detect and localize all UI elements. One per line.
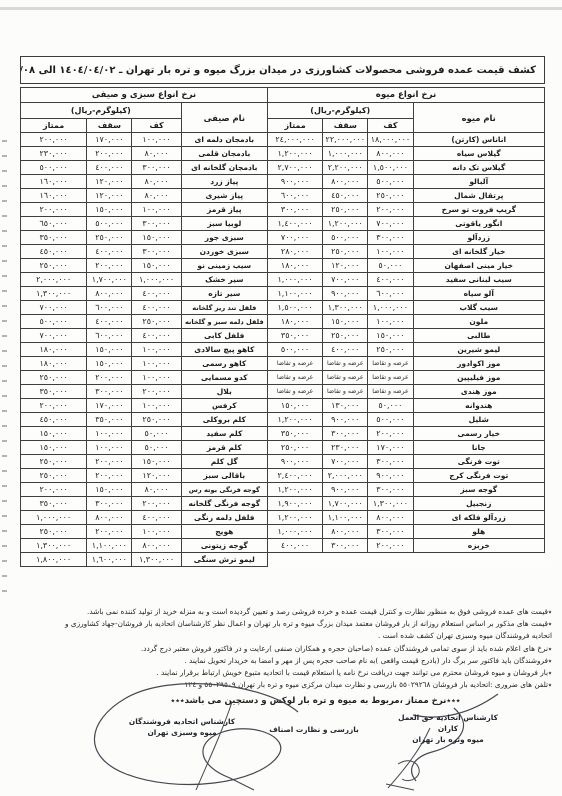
fruit-ceiling-cell: ٨٠٠,٠٠٠ bbox=[323, 525, 368, 539]
fruit-ceiling-cell: ٥٠٠,٠٠٠ bbox=[323, 231, 368, 245]
fruit-premium-cell bbox=[267, 553, 322, 567]
fruit-premium-cell: ١,٢٠٠,٠٠٠ bbox=[267, 483, 322, 497]
table-row: خربزه٢٠٠,٠٠٠٣٠٠,٠٠٠٤٠٠,٠٠٠گوجه زیتونی٨٠٠… bbox=[21, 539, 545, 553]
fruit-name-cell bbox=[413, 553, 544, 567]
fruit-section-header: نرخ انواع میوه bbox=[267, 88, 544, 103]
veg-floor-cell: ١٥٠,٠٠٠ bbox=[132, 259, 181, 273]
veg-premium-cell: ١٥٠,٠٠٠ bbox=[21, 441, 87, 455]
fruit-premium-cell: ٩٠٠,٠٠٠ bbox=[267, 455, 322, 469]
veg-floor-cell: ١,٣٠٠,٠٠٠ bbox=[132, 553, 181, 567]
veg-name-cell: بادمجان قلمی bbox=[181, 147, 267, 161]
veg-premium-cell: ١,٣٠٠,٠٠٠ bbox=[21, 287, 87, 301]
fruit-floor-cell: عرضه و تقاضا bbox=[368, 371, 413, 385]
fruit-name-cell: خیار رسمی bbox=[413, 427, 544, 441]
fruit-ceiling-cell bbox=[323, 553, 368, 567]
veg-ceiling-cell: ٤٠٠,٠٠٠ bbox=[87, 245, 132, 259]
table-row: آلبالو٥٠٠,٠٠٠٨٠٠,٠٠٠٩٠٠,٠٠٠پیاز زرد٨٠,٠٠… bbox=[21, 175, 545, 189]
fruit-premium-cell: ١٨٠,٠٠٠ bbox=[267, 259, 322, 273]
fruit-ceiling-header: سقف bbox=[323, 119, 368, 133]
table-row: انگور یاقوتی٧٠٠,٠٠٠١,٢٠٠,٠٠٠١,٤٠٠,٠٠٠لوب… bbox=[21, 217, 545, 231]
fruit-premium-cell: عرضه و تقاضا bbox=[267, 371, 322, 385]
fruit-premium-cell: ٩٠٠,٠٠٠ bbox=[267, 175, 322, 189]
fruit-premium-cell: ٣٥٠,٠٠٠ bbox=[267, 329, 322, 343]
fruit-premium-cell: ١,٢٠٠,٠٠٠ bbox=[267, 511, 322, 525]
table-row: زنجبیل١,٣٠٠,٠٠٠١,٧٠٠,٠٠٠١,٩٠٠,٠٠٠گوجه فر… bbox=[21, 497, 545, 511]
veg-floor-cell: ٨٠,٠٠٠ bbox=[132, 483, 181, 497]
veg-floor-cell: ٥٠,٠٠٠ bbox=[132, 427, 181, 441]
fruit-name-cell: انگور یاقوتی bbox=[413, 217, 544, 231]
fruit-ceiling-cell: ٩٠٠,٠٠٠ bbox=[323, 483, 368, 497]
fruit-ceiling-cell: ٤٥٠,٠٠٠ bbox=[323, 189, 368, 203]
veg-name-column-header: نام صیفی bbox=[181, 103, 267, 133]
fruit-name-cell: توت فرنگی کرج bbox=[413, 469, 544, 483]
veg-floor-cell: ٤٠٠,٠٠٠ bbox=[132, 511, 181, 525]
veg-ceiling-cell: ٢٠٠,٠٠٠ bbox=[87, 525, 132, 539]
fruit-name-cell: گوجه سبز bbox=[413, 483, 544, 497]
veg-ceiling-cell: ١,٧٠٠,٠٠٠ bbox=[87, 273, 132, 287]
veg-premium-cell: ١٥٠,٠٠٠ bbox=[21, 427, 87, 441]
fruit-name-cell: سیب لبنانی سفید bbox=[413, 273, 544, 287]
fruit-ceiling-cell: ١,٢٠٠,٠٠٠ bbox=[323, 217, 368, 231]
fruit-premium-cell: ٤٠٠,٠٠٠ bbox=[267, 539, 322, 553]
veg-premium-cell: ٢٠٠,٠٠٠ bbox=[21, 399, 87, 413]
veg-premium-cell: ١٨٠,٠٠٠ bbox=[21, 343, 87, 357]
fruit-floor-cell: ١,٣٠٠,٠٠٠ bbox=[368, 497, 413, 511]
fruit-ceiling-cell: ١٢٠,٠٠٠ bbox=[323, 259, 368, 273]
fruit-ceiling-cell: عرضه و تقاضا bbox=[323, 371, 368, 385]
veg-ceiling-cell: ٣٠٠,٠٠٠ bbox=[87, 385, 132, 399]
veg-ceiling-cell: ١٥٠,٠٠٠ bbox=[87, 343, 132, 357]
veg-name-cell: کرفس bbox=[181, 399, 267, 413]
fruit-premium-cell: ٢,٧٠٠,٠٠٠ bbox=[267, 161, 322, 175]
veg-ceiling-header: سقف bbox=[87, 119, 132, 133]
fruit-name-cell: ملون bbox=[413, 315, 544, 329]
fruit-floor-cell: ٥٠٠,٠٠٠ bbox=[368, 175, 413, 189]
veg-floor-cell: ٣٠٠,٠٠٠ bbox=[132, 245, 181, 259]
veg-premium-cell: ١٦٠,٠٠٠ bbox=[21, 189, 87, 203]
fruit-ceiling-cell: ٨٠٠,٠٠٠ bbox=[323, 175, 368, 189]
veg-premium-cell: ٤٥٠,٠٠٠ bbox=[21, 413, 87, 427]
veg-ceiling-cell: ١٥٠,٠٠٠ bbox=[87, 483, 132, 497]
veg-floor-cell: ٣٠٠,٠٠٠ bbox=[132, 217, 181, 231]
veg-name-cell: فلفل دلمه رنگی bbox=[181, 511, 267, 525]
veg-name-cell: پیاز شیری bbox=[181, 189, 267, 203]
fruit-ceiling-cell: ١,١٠٠,٠٠٠ bbox=[323, 511, 368, 525]
fruit-name-cell: موز فیلیپین bbox=[413, 371, 544, 385]
veg-name-cell: کاهو رسمی bbox=[181, 357, 267, 371]
price-table-header: نرخ انواع میوه نرخ انواع سبزی و صیفی نام… bbox=[21, 88, 545, 133]
veg-name-cell: گوجه فرنگی گلخانه bbox=[181, 497, 267, 511]
fruit-name-cell: پرتقال شمال bbox=[413, 189, 544, 203]
fruit-premium-cell: ٦٠٠,٠٠٠ bbox=[267, 189, 322, 203]
table-row: ملون١٠٠,٠٠٠١٥٠,٠٠٠١٨٠,٠٠٠فلفل دلمه سبز و… bbox=[21, 315, 545, 329]
veg-name-cell: کلم سفید bbox=[181, 427, 267, 441]
veg-name-cell: هویج bbox=[181, 525, 267, 539]
veg-ceiling-cell: ١٠٠,٠٠٠ bbox=[87, 441, 132, 455]
fruit-ceiling-cell: ٤٠٠,٠٠٠ bbox=[323, 343, 368, 357]
fruit-floor-cell: عرضه و تقاضا bbox=[368, 385, 413, 399]
table-row: گیلاس تک دانه١,٥٠٠,٠٠٠٢,٢٠٠,٠٠٠٢,٧٠٠,٠٠٠… bbox=[21, 161, 545, 175]
table-row: موز هندیعرضه و تقاضاعرضه و تقاضاعرضه و ت… bbox=[21, 385, 545, 399]
fruit-premium-cell: ٣٠٠,٠٠٠ bbox=[267, 203, 322, 217]
fruit-floor-cell: ١٨,٠٠٠,٠٠٠ bbox=[368, 133, 413, 147]
fruit-name-cell: طالبی bbox=[413, 329, 544, 343]
fruit-floor-cell: ١٠٠,٠٠٠ bbox=[368, 315, 413, 329]
fruit-name-cell: زردآلو فلکه ای bbox=[413, 511, 544, 525]
fruit-premium-header: ممتاز bbox=[267, 119, 322, 133]
veg-name-cell: فلفل تند ریز گلخانه bbox=[181, 301, 267, 315]
fruit-floor-cell: ٤٠٠,٠٠٠ bbox=[368, 273, 413, 287]
veg-name-cell: سیر تازه bbox=[181, 287, 267, 301]
price-table-body: اناناس (کارتن)١٨,٠٠٠,٠٠٠٢٢,٠٠٠,٠٠٠٢٤,٠٠٠… bbox=[21, 133, 545, 567]
footnote-line: ٭بار فروشان و میوه فروشان محترم می توانن… bbox=[9, 667, 552, 679]
veg-floor-header: کف bbox=[132, 119, 181, 133]
table-row: گیلاس سیاه٨٠٠,٠٠٠١,٠٠٠,٠٠٠١,٢٠٠,٠٠٠بادمج… bbox=[21, 147, 545, 161]
fruit-name-cell: زردآلو bbox=[413, 231, 544, 245]
veg-ceiling-cell: ٢٠٠,٠٠٠ bbox=[87, 371, 132, 385]
table-row: طالبی١٥٠,٠٠٠٢٥٠,٠٠٠٣٥٠,٠٠٠فلفل کابی٤٠٠,٠… bbox=[21, 329, 545, 343]
fruit-premium-cell: عرضه و تقاضا bbox=[267, 385, 322, 399]
fruit-name-cell: هلو bbox=[413, 525, 544, 539]
veg-name-cell: باقالی سبز bbox=[181, 469, 267, 483]
fruit-name-cell: شلیل bbox=[413, 413, 544, 427]
fruit-name-cell: سیب گلاب bbox=[413, 301, 544, 315]
veg-ceiling-cell: ٨٠٠,٠٠٠ bbox=[87, 287, 132, 301]
veg-floor-cell: ١٠٠,٠٠٠ bbox=[132, 357, 181, 371]
document-title: کشف قیمت عمده فروشی محصولات کشاورزی در م… bbox=[20, 56, 545, 84]
fruit-name-cell: اناناس (کارتن) bbox=[413, 133, 544, 147]
veg-premium-cell: ١٨٠,٠٠٠ bbox=[21, 357, 87, 371]
fruit-ceiling-cell: ٢٥٠,٠٠٠ bbox=[323, 245, 368, 259]
fruit-premium-cell: ٢,٤٠٠,٠٠٠ bbox=[267, 469, 322, 483]
veg-floor-cell: ١٥٠,٠٠٠ bbox=[132, 231, 181, 245]
signature-right-line2: میوه وتره بار تهران bbox=[388, 734, 508, 745]
fruit-ceiling-cell: ٣٠٠,٠٠٠ bbox=[323, 427, 368, 441]
veg-floor-cell: ٤٠٠,٠٠٠ bbox=[132, 329, 181, 343]
table-row: خیار گلخانه ای١٠٠,٠٠٠٢٥٠,٠٠٠٢٨٠,٠٠٠سبزی … bbox=[21, 245, 545, 259]
fruit-premium-cell: ٥٠٠,٠٠٠ bbox=[267, 343, 322, 357]
fruit-floor-cell: ٥٠,٠٠٠ bbox=[368, 399, 413, 413]
table-row: گریپ فروت تو سرخ٢٠٠,٠٠٠٢٥٠,٠٠٠٣٠٠,٠٠٠پیا… bbox=[21, 203, 545, 217]
fruit-name-cell: لیمو شیرین bbox=[413, 343, 544, 357]
table-row: خیار مینی اصفهان٥٠,٠٠٠١٢٠,٠٠٠١٨٠,٠٠٠سیب … bbox=[21, 259, 545, 273]
veg-premium-cell: ٢٥٠,٠٠٠ bbox=[21, 259, 87, 273]
fruit-ceiling-cell: ٢٣٠,٠٠٠ bbox=[323, 441, 368, 455]
veg-name-cell: سبزی خوردن bbox=[181, 245, 267, 259]
veg-premium-cell: ١٦٠,٠٠٠ bbox=[21, 175, 87, 189]
veg-name-cell: لوبیا سبز bbox=[181, 217, 267, 231]
veg-premium-cell: ٢٥٠,٠٠٠ bbox=[21, 469, 87, 483]
veg-floor-cell: ٤٠٠,٠٠٠ bbox=[132, 287, 181, 301]
veg-floor-cell: ١٢٠,٠٠٠ bbox=[132, 469, 181, 483]
veg-premium-cell: ٤٥٠,٠٠٠ bbox=[21, 245, 87, 259]
veg-ceiling-cell: ١٥٠,٠٠٠ bbox=[87, 203, 132, 217]
fruit-floor-cell: عرضه و تقاضا bbox=[368, 357, 413, 371]
veg-premium-cell: ٧٠٠,٠٠٠ bbox=[21, 301, 87, 315]
veg-floor-cell: ٨٠,٠٠٠ bbox=[132, 147, 181, 161]
veg-ceiling-cell: ١,٦٠٠,٠٠٠ bbox=[87, 553, 132, 567]
fruit-floor-cell: ٨٠٠,٠٠٠ bbox=[368, 511, 413, 525]
veg-premium-cell: ٢٠٠,٠٠٠ bbox=[21, 483, 87, 497]
fruit-premium-cell: ١,٠٠٠,٠٠٠ bbox=[267, 525, 322, 539]
fruit-ceiling-cell: عرضه و تقاضا bbox=[323, 385, 368, 399]
table-row: زردآلو٣٠٠,٠٠٠٥٠٠,٠٠٠٧٠٠,٠٠٠سبزی جور١٥٠,٠… bbox=[21, 231, 545, 245]
fruit-floor-cell: ٣٠٠,٠٠٠ bbox=[368, 525, 413, 539]
fruit-floor-cell: ١٧٠,٠٠٠ bbox=[368, 441, 413, 455]
veg-ceiling-cell: ١٧٠,٠٠٠ bbox=[87, 399, 132, 413]
fruit-name-cell: گریپ فروت تو سرخ bbox=[413, 203, 544, 217]
veg-floor-cell: ١٠٠,٠٠٠ bbox=[132, 525, 181, 539]
veg-name-cell: کدو مسمایی bbox=[181, 371, 267, 385]
fruit-floor-cell: ١,٠٠٠,٠٠٠ bbox=[368, 301, 413, 315]
fruit-premium-cell: ٢٨٠,٠٠٠ bbox=[267, 245, 322, 259]
veg-premium-cell: ٣٥٠,٠٠٠ bbox=[21, 385, 87, 399]
veg-floor-cell: ٣٠٠,٠٠٠ bbox=[132, 161, 181, 175]
veg-floor-cell: ١٠٠,٠٠٠ bbox=[132, 399, 181, 413]
fruit-ceiling-cell: ٣٠٠,٠٠٠ bbox=[323, 539, 368, 553]
veg-name-cell: کلم بروکلی bbox=[181, 413, 267, 427]
veg-premium-cell: ٢٥٠,٠٠٠ bbox=[21, 371, 87, 385]
veg-floor-cell: ٨٠,٠٠٠ bbox=[132, 175, 181, 189]
veg-premium-cell: ١,٣٠٠,٠٠٠ bbox=[21, 539, 87, 553]
table-row: سیب لبنانی سفید٤٠٠,٠٠٠٧٠٠,٠٠٠١,٠٠٠,٠٠٠سی… bbox=[21, 273, 545, 287]
veg-floor-cell: ٨٠,٠٠٠ bbox=[132, 189, 181, 203]
signature-right-label: کارشناس اتحادیه حق العمل کاران میوه وتره… bbox=[388, 712, 508, 745]
veg-name-cell: فلفل دلمه سبز و گلخانه bbox=[181, 315, 267, 329]
fruit-name-cell: موز اکوادور bbox=[413, 357, 544, 371]
veg-premium-cell: ٢,٠٠٠,٠٠٠ bbox=[21, 273, 87, 287]
veg-ceiling-cell: ٤٠٠,٠٠٠ bbox=[87, 315, 132, 329]
veg-name-cell: فلفل کابی bbox=[181, 329, 267, 343]
fruit-premium-cell: ١,٢٠٠,٠٠٠ bbox=[267, 413, 322, 427]
signature-right-line1: کارشناس اتحادیه حق العمل کاران bbox=[388, 712, 508, 734]
veg-name-cell: گوجه زیتونی bbox=[181, 539, 267, 553]
fruit-floor-cell: ٣٠٠,٠٠٠ bbox=[368, 231, 413, 245]
veg-ceiling-cell: ٢٠٠,٠٠٠ bbox=[87, 259, 132, 273]
veg-name-cell: گل کلم bbox=[181, 455, 267, 469]
fruit-floor-cell: ١,٥٠٠,٠٠٠ bbox=[368, 161, 413, 175]
fruit-name-cell: خربزه bbox=[413, 539, 544, 553]
table-row: جانا١٧٠,٠٠٠٢٣٠,٠٠٠٢٥٠,٠٠٠کلم قرمز٥٠,٠٠٠١… bbox=[21, 441, 545, 455]
fruit-name-cell: آلو سیاه bbox=[413, 287, 544, 301]
fruit-floor-cell: ٢٠٠,٠٠٠ bbox=[368, 427, 413, 441]
fruit-premium-cell: ٢٤,٠٠٠,٠٠٠ bbox=[267, 133, 322, 147]
table-row: موز اکوادورعرضه و تقاضاعرضه و تقاضاعرضه … bbox=[21, 357, 545, 371]
signature-area: کارشناس اتحادیه حق العمل کاران میوه وتره… bbox=[0, 690, 562, 796]
veg-floor-cell: ٢٥٠,٠٠٠ bbox=[132, 413, 181, 427]
veg-name-cell: کاهو پیچ سالادی bbox=[181, 343, 267, 357]
veg-floor-cell: ٥٠,٠٠٠ bbox=[132, 441, 181, 455]
fruit-ceiling-cell: ١٥٠,٠٠٠ bbox=[323, 315, 368, 329]
table-row: زردآلو فلکه ای٨٠٠,٠٠٠١,١٠٠,٠٠٠١,٢٠٠,٠٠٠ف… bbox=[21, 511, 545, 525]
veg-unit-header: (کیلوگرم-ریال) bbox=[21, 103, 182, 119]
fruit-name-cell: خیار گلخانه ای bbox=[413, 245, 544, 259]
veg-name-cell: پیاز قرمز bbox=[181, 203, 267, 217]
veg-ceiling-cell: ٦٠٠,٠٠٠ bbox=[87, 329, 132, 343]
fruit-floor-cell: ٢٠٠,٠٠٠ bbox=[368, 203, 413, 217]
veg-ceiling-cell: ٣٥٠,٠٠٠ bbox=[87, 413, 132, 427]
fruit-floor-cell: ٩٠٠,٠٠٠ bbox=[368, 469, 413, 483]
fruit-name-cell: خیار مینی اصفهان bbox=[413, 259, 544, 273]
fruit-floor-cell: ٢٥٠,٠٠٠ bbox=[368, 343, 413, 357]
table-row: موز فیلیپینعرضه و تقاضاعرضه و تقاضاعرضه … bbox=[21, 371, 545, 385]
veg-name-cell: بلال bbox=[181, 385, 267, 399]
fruit-premium-cell: ٧٠٠,٠٠٠ bbox=[267, 231, 322, 245]
veg-floor-cell: ١,٠٠٠,٠٠٠ bbox=[132, 273, 181, 287]
veg-premium-cell: ٣٥٠,٠٠٠ bbox=[21, 231, 87, 245]
fruit-premium-cell: ٣٥٠,٠٠٠ bbox=[267, 427, 322, 441]
veg-premium-cell: ٢٠٠,٠٠٠ bbox=[21, 203, 87, 217]
veg-ceiling-cell: ١٠٠,٠٠٠ bbox=[87, 427, 132, 441]
fruit-premium-cell: ١,٩٠٠,٠٠٠ bbox=[267, 497, 322, 511]
fruit-name-cell: گیلاس سیاه bbox=[413, 147, 544, 161]
veg-ceiling-cell: ٢٠٠,٠٠٠ bbox=[87, 469, 132, 483]
table-row: خیار رسمی٢٠٠,٠٠٠٣٠٠,٠٠٠٣٥٠,٠٠٠کلم سفید٥٠… bbox=[21, 427, 545, 441]
fruit-premium-cell: ١,٤٠٠,٠٠٠ bbox=[267, 217, 322, 231]
fruit-ceiling-cell: ٢,٠٠٠,٠٠٠ bbox=[323, 469, 368, 483]
fruit-premium-cell: ١,٢٠٠,٠٠٠ bbox=[267, 147, 322, 161]
fruit-floor-cell: ١٠٠,٠٠٠ bbox=[368, 245, 413, 259]
scan-artifact-top-strip bbox=[0, 7, 562, 10]
fruit-ceiling-cell: ٢٢,٠٠٠,٠٠٠ bbox=[323, 133, 368, 147]
fruit-name-cell: توت فرنگی bbox=[413, 455, 544, 469]
table-row: هلو٣٠٠,٠٠٠٨٠٠,٠٠٠١,٠٠٠,٠٠٠هویج١٠٠,٠٠٠٢٠٠… bbox=[21, 525, 545, 539]
fruit-ceiling-cell: ١,٣٠٠,٠٠٠ bbox=[323, 301, 368, 315]
fruit-ceiling-cell: ٧٠٠,٠٠٠ bbox=[323, 273, 368, 287]
scanned-price-bulletin: کشف قیمت عمده فروشی محصولات کشاورزی در م… bbox=[0, 0, 562, 796]
table-row: توت فرنگی٣٠٠,٠٠٠٧٠٠,٠٠٠٩٠٠,٠٠٠گل کلم١٥٠,… bbox=[21, 455, 545, 469]
fruit-ceiling-cell: عرضه و تقاضا bbox=[323, 357, 368, 371]
fruit-floor-cell: ٣٠٠,٠٠٠ bbox=[368, 455, 413, 469]
fruit-floor-cell: ١٥٠,٠٠٠ bbox=[368, 329, 413, 343]
fruit-name-cell: موز هندی bbox=[413, 385, 544, 399]
veg-ceiling-cell: ١٢٠,٠٠٠ bbox=[87, 189, 132, 203]
veg-name-cell: سیب زمینی نو bbox=[181, 259, 267, 273]
fruit-ceiling-cell: ٩٠٠,٠٠٠ bbox=[323, 287, 368, 301]
fruit-ceiling-cell: ٩٠٠,٠٠٠ bbox=[323, 413, 368, 427]
table-row: شلیل٥٠٠,٠٠٠٩٠٠,٠٠٠١,٢٠٠,٠٠٠کلم بروکلی٢٥٠… bbox=[21, 413, 545, 427]
veg-premium-cell: ١,٨٠٠,٠٠٠ bbox=[21, 553, 87, 567]
fruit-floor-cell: ٥٠٠,٠٠٠ bbox=[368, 413, 413, 427]
veg-ceiling-cell: ٣٠٠,٠٠٠ bbox=[87, 497, 132, 511]
veg-name-cell: سبزی جور bbox=[181, 231, 267, 245]
veg-floor-cell: ١٠٠,٠٠٠ bbox=[132, 343, 181, 357]
table-row: اناناس (کارتن)١٨,٠٠٠,٠٠٠٢٢,٠٠٠,٠٠٠٢٤,٠٠٠… bbox=[21, 133, 545, 147]
fruit-ceiling-cell: ١,٠٠٠,٠٠٠ bbox=[323, 147, 368, 161]
footnote-line: ٭نرخ های اعلام شده باید از سوی تمامی فرو… bbox=[9, 643, 552, 655]
fruit-ceiling-cell: ٧٠٠,٠٠٠ bbox=[323, 455, 368, 469]
veg-ceiling-cell: ٥٠٠,٠٠٠ bbox=[87, 217, 132, 231]
fruit-premium-cell: ١٨٠,٠٠٠ bbox=[267, 315, 322, 329]
fruit-floor-cell: ٢٠٠,٠٠٠ bbox=[368, 539, 413, 553]
table-row: سیب گلاب١,٠٠٠,٠٠٠١,٣٠٠,٠٠٠١,٥٠٠,٠٠٠فلفل … bbox=[21, 301, 545, 315]
fruit-floor-header: کف bbox=[368, 119, 413, 133]
veg-ceiling-cell: ٦٠٠,٠٠٠ bbox=[87, 301, 132, 315]
veg-floor-cell: ١٥٠,٠٠٠ bbox=[132, 455, 181, 469]
veg-floor-cell: ١٠٠,٠٠٠ bbox=[132, 133, 181, 147]
fruit-ceiling-cell: ١,٧٠٠,٠٠٠ bbox=[323, 497, 368, 511]
veg-ceiling-cell: ٢٠٠,٠٠٠ bbox=[87, 455, 132, 469]
footnote-line: اتحادیه فروشندگان میوه وسبزی تهران کشف ش… bbox=[9, 630, 552, 642]
fruit-name-cell: زنجبیل bbox=[413, 497, 544, 511]
price-table: نرخ انواع میوه نرخ انواع سبزی و صیفی نام… bbox=[20, 87, 545, 567]
veg-ceiling-cell: ٤٠٠,٠٠٠ bbox=[87, 161, 132, 175]
veg-name-cell: سیر خشک bbox=[181, 273, 267, 287]
veg-name-cell: کلم قرمز bbox=[181, 441, 267, 455]
table-row: لیمو شیرین٢٥٠,٠٠٠٤٠٠,٠٠٠٥٠٠,٠٠٠کاهو پیچ … bbox=[21, 343, 545, 357]
fruit-ceiling-cell: ١٣٠,٠٠٠ bbox=[323, 399, 368, 413]
fruit-name-column-header: نام میوه bbox=[413, 103, 544, 133]
veg-floor-cell: ٢٠٠,٠٠٠ bbox=[132, 497, 181, 511]
signature-left-label: کارشناس اتحادیه فروشندگان میوه وسبزی تهر… bbox=[112, 716, 252, 738]
footnote-line: ٭قیمت های مذکور بر اساس استعلام روزانه ا… bbox=[9, 618, 552, 630]
veg-floor-cell: ٤٠٠,٠٠٠ bbox=[132, 301, 181, 315]
veg-ceiling-cell: ٢٥٠,٠٠٠ bbox=[87, 231, 132, 245]
veg-name-cell: بادمجان دلمه ای bbox=[181, 133, 267, 147]
fruit-ceiling-cell: ٢,٢٠٠,٠٠٠ bbox=[323, 161, 368, 175]
signature-center-line1: بازرسی و نظارت اصناف bbox=[268, 724, 360, 735]
fruit-premium-cell: عرضه و تقاضا bbox=[267, 357, 322, 371]
fruit-premium-cell: ١,٥٠٠,٠٠٠ bbox=[267, 301, 322, 315]
fruit-floor-cell: ٨٠٠,٠٠٠ bbox=[368, 147, 413, 161]
veg-ceiling-cell: ١,١٠٠,٠٠٠ bbox=[87, 539, 132, 553]
table-row: توت فرنگی کرج٩٠٠,٠٠٠٢,٠٠٠,٠٠٠٢,٤٠٠,٠٠٠با… bbox=[21, 469, 545, 483]
signature-left-line2: میوه وسبزی تهران bbox=[112, 727, 252, 738]
veg-ceiling-cell: ١٢٠,٠٠٠ bbox=[87, 175, 132, 189]
signature-center-label: بازرسی و نظارت اصناف bbox=[268, 724, 360, 735]
table-row: لیمو ترش سنگی١,٣٠٠,٠٠٠١,٦٠٠,٠٠٠١,٨٠٠,٠٠٠ bbox=[21, 553, 545, 567]
fruit-premium-cell: ٢٥٠,٠٠٠ bbox=[267, 441, 322, 455]
veg-ceiling-cell: ٢٠٠,٠٠٠ bbox=[87, 147, 132, 161]
veg-premium-cell: ٢٥٠,٠٠٠ bbox=[21, 455, 87, 469]
veg-name-cell: لیمو ترش سنگی bbox=[181, 553, 267, 567]
fruit-premium-cell: ١,٠٠٠,٠٠٠ bbox=[267, 273, 322, 287]
veg-section-header: نرخ انواع سبزی و صیفی bbox=[21, 88, 268, 103]
veg-floor-cell: ٢٠٠,٠٠٠ bbox=[132, 385, 181, 399]
table-row: آلو سیاه٦٠٠,٠٠٠٩٠٠,٠٠٠١,١٠٠,٠٠٠سیر تازه٤… bbox=[21, 287, 545, 301]
veg-premium-cell: ٧٠٠,٠٠٠ bbox=[21, 329, 87, 343]
veg-floor-cell: ٢٥٠,٠٠٠ bbox=[132, 315, 181, 329]
fruit-floor-cell: ٣٠٠,٠٠٠ bbox=[368, 483, 413, 497]
scan-artifact-edge-noise bbox=[2, 140, 7, 600]
veg-ceiling-cell: ١٥٠,٠٠٠ bbox=[87, 357, 132, 371]
footnote-line: ٭قیمت های عمده فروشی فوق به منظور نظارت … bbox=[9, 606, 552, 618]
veg-premium-cell: ٢٥٠,٠٠٠ bbox=[21, 525, 87, 539]
veg-floor-cell: ١٠٠,٠٠٠ bbox=[132, 371, 181, 385]
fruit-ceiling-cell: ٢٥٠,٠٠٠ bbox=[323, 329, 368, 343]
fruit-premium-cell: ١,١٠٠,٠٠٠ bbox=[267, 287, 322, 301]
veg-floor-cell: ٨٠٠,٠٠٠ bbox=[132, 539, 181, 553]
veg-premium-cell: ٦٥٠,٠٠٠ bbox=[21, 217, 87, 231]
veg-ceiling-cell: ٨٠٠,٠٠٠ bbox=[87, 511, 132, 525]
footnote-line: ٭فروشندگان باید فاکتور سر برگ دار (بادرج… bbox=[9, 655, 552, 667]
veg-premium-cell: ٥٠٠,٠٠٠ bbox=[21, 161, 87, 175]
veg-ceiling-cell: ١٧٠,٠٠٠ bbox=[87, 133, 132, 147]
fruit-floor-cell: ٢٥٠,٠٠٠ bbox=[368, 189, 413, 203]
veg-premium-cell: ١,٠٠٠,٠٠٠ bbox=[21, 511, 87, 525]
fruit-premium-cell: ١٥٠,٠٠٠ bbox=[267, 399, 322, 413]
veg-premium-header: ممتاز bbox=[21, 119, 87, 133]
fruit-name-cell: هندوانه bbox=[413, 399, 544, 413]
table-row: هندوانه٥٠,٠٠٠١٣٠,٠٠٠١٥٠,٠٠٠کرفس١٠٠,٠٠٠١٧… bbox=[21, 399, 545, 413]
veg-premium-cell: ٢٠٠,٠٠٠ bbox=[21, 133, 87, 147]
fruit-floor-cell bbox=[368, 553, 413, 567]
fruit-floor-cell: ٥٠,٠٠٠ bbox=[368, 259, 413, 273]
fruit-name-cell: جانا bbox=[413, 441, 544, 455]
veg-name-cell: پیاز زرد bbox=[181, 175, 267, 189]
fruit-name-cell: گیلاس تک دانه bbox=[413, 161, 544, 175]
fruit-ceiling-cell: ٢٥٠,٠٠٠ bbox=[323, 203, 368, 217]
